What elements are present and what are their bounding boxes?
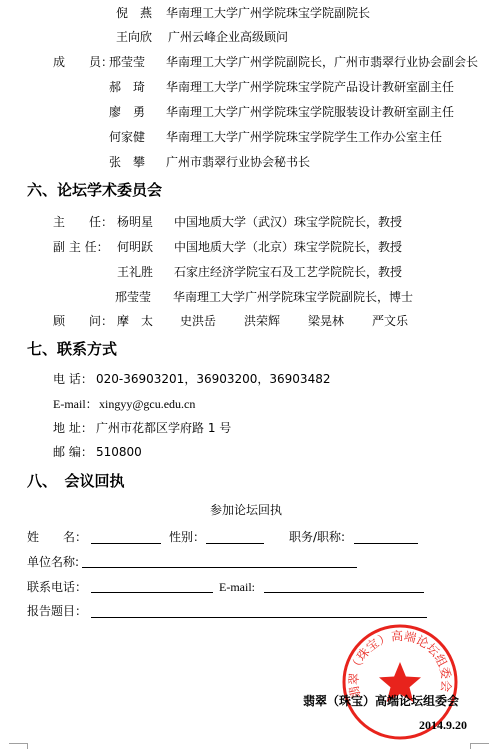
advisors-label: 顾 问： [53, 314, 113, 328]
member-desc: 石家庄经济学院宝石及工艺学院院长，教授 [174, 265, 402, 279]
member-name: 王礼胜 [117, 265, 153, 279]
position-label: 职务/职称: [289, 530, 345, 544]
phone-label: 电 话： [53, 372, 93, 386]
section-heading: 六、论坛学术委员会 [27, 181, 162, 199]
form-email-label: E-mail: [219, 580, 255, 594]
org-label: 单位名称: [27, 555, 79, 569]
member-desc: 华南理工大学广州学院珠宝学院产品设计教研室副主任 [166, 80, 454, 94]
section-heading: 八、 会议回执 [27, 472, 125, 490]
page-corner-mark [9, 743, 28, 749]
contact-phone-label: 联系电话： [27, 580, 87, 594]
member-name: 倪 燕 [116, 6, 152, 20]
gender-label: 性别： [169, 530, 205, 544]
member-name: 王向欣 [116, 30, 152, 44]
member-desc: 广州市翡翠行业协会秘书长 [166, 155, 310, 169]
advisor-name: 洪荣辉 [244, 314, 280, 328]
signature-date: 2014.9.20 [419, 718, 467, 732]
member-name: 杨明星 [117, 215, 153, 229]
postcode-value: 510800 [96, 445, 142, 459]
member-desc: 中国地质大学（武汉）珠宝学院院长，教授 [174, 215, 402, 229]
org-field[interactable] [82, 567, 357, 568]
topic-field[interactable] [91, 617, 427, 618]
member-name: 郝 琦 [109, 80, 145, 94]
name-field[interactable] [91, 543, 161, 544]
advisor-name: 梁晃林 [308, 314, 344, 328]
member-name: 邢莹莹 [109, 55, 145, 69]
role-label: 主 任： [53, 215, 113, 229]
member-desc: 广州云峰企业高级顾问 [168, 30, 288, 44]
section-heading: 七、联系方式 [27, 340, 117, 358]
member-name: 何明跃 [117, 240, 153, 254]
form-email-field[interactable] [264, 592, 424, 593]
organizer-name: 翡翠（珠宝）高端论坛组委会 [303, 694, 459, 708]
name-label: 姓 名： [27, 530, 87, 544]
page-corner-mark [470, 743, 489, 749]
member-desc: 中国地质大学（北京）珠宝学院院长，教授 [174, 240, 402, 254]
advisor-name: 史洪岳 [180, 314, 216, 328]
email-label: E-mail： [53, 397, 98, 411]
member-desc: 华南理工大学广州学院副院长，广州市翡翠行业协会副会长 [166, 55, 478, 69]
contact-phone-field[interactable] [91, 592, 213, 593]
advisor-name: 摩 太 [117, 314, 153, 328]
member-name: 廖 勇 [109, 105, 145, 119]
member-desc: 华南理工大学广州学院珠宝学院学生工作办公室主任 [166, 130, 442, 144]
position-field[interactable] [354, 543, 418, 544]
gender-field[interactable] [206, 543, 264, 544]
member-name: 张 攀 [109, 155, 145, 169]
topic-label: 报告题目： [27, 604, 87, 618]
phone-value: 020-36903201，36903200，36903482 [96, 372, 330, 386]
advisor-name: 严文乐 [372, 314, 408, 328]
member-name: 何家健 [109, 130, 145, 144]
member-desc: 华南理工大学广州学院珠宝学院副院长 [166, 6, 370, 20]
member-desc: 华南理工大学广州学院珠宝学院服装设计教研室副主任 [166, 105, 454, 119]
role-label: 副 主 任： [53, 240, 109, 254]
form-title: 参加论坛回执 [210, 503, 282, 517]
member-name: 邢莹莹 [115, 290, 151, 304]
address-label: 地 址： [53, 421, 93, 435]
role-label: 成 员： [53, 55, 113, 69]
address-value: 广州市花都区学府路 1 号 [96, 421, 231, 435]
postcode-label: 邮 编： [53, 445, 93, 459]
member-desc: 华南理工大学广州学院珠宝学院副院长，博士 [173, 290, 413, 304]
email-value: xingyy@gcu.edu.cn [99, 397, 195, 411]
